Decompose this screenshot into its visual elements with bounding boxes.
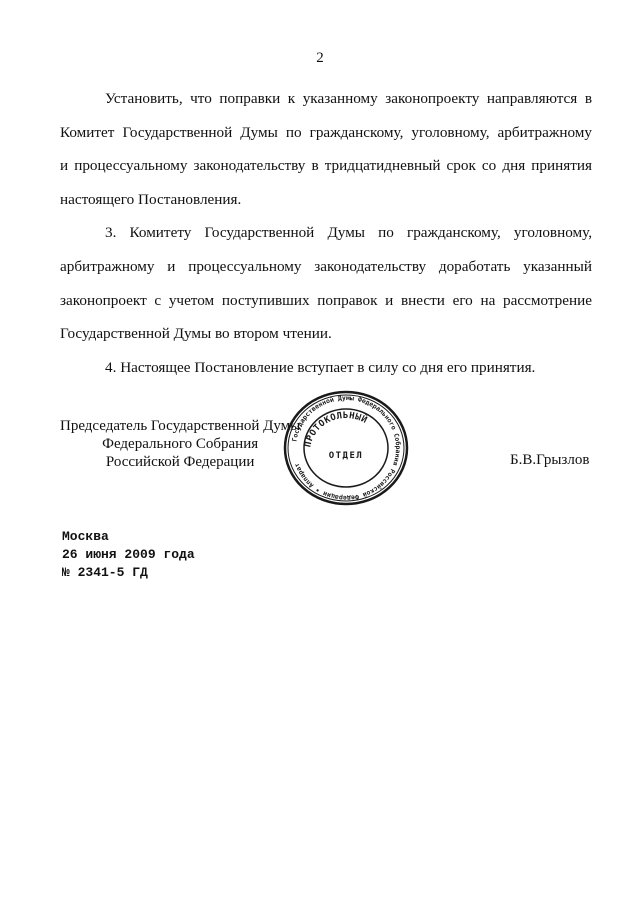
text-line: и процессуальному законодательству в три… [60,149,592,183]
document-footer: Москва 26 июня 2009 года № 2341-5 ГД [62,528,195,582]
signer-name: Б.В.Грызлов [510,452,589,469]
paragraph-amendments: Установить, что поправки к указанному за… [60,82,592,216]
stamp-seal-icon: Государственной Думы Федерального Собран… [282,390,410,506]
paragraph-item-4: 4. Настоящее Постановление вступает в си… [60,351,592,385]
text-line: арбитражному и процессуальному законодат… [60,250,592,284]
official-stamp: Государственной Думы Федерального Собран… [282,390,410,506]
signature-title: Председатель Государственной Думы Федера… [60,417,300,471]
stamp-outer-text: Государственной Думы Федерального Собран… [290,394,402,502]
text-line: 4. Настоящее Постановление вступает в си… [60,351,592,385]
text-line: Государственной Думы во втором чтении. [60,317,592,351]
stamp-inner-arc-text: ПРОТОКОЛЬНЫЙ [303,411,369,448]
document-body: Установить, что поправки к указанному за… [60,82,592,384]
footer-document-number: № 2341-5 ГД [62,564,195,582]
page-number: 2 [0,50,640,67]
text-line: Установить, что поправки к указанному за… [60,82,592,116]
text-line: 3. Комитету Государственной Думы по граж… [60,216,592,250]
text-line: законопроект с учетом поступивших поправ… [60,284,592,318]
signature-title-line-2: Федерального Собрания [60,435,300,453]
signature-title-line-3: Российской Федерации [60,453,300,471]
footer-city: Москва [62,528,195,546]
paragraph-item-3: 3. Комитету Государственной Думы по граж… [60,216,592,350]
text-line: Комитет Государственной Думы по гражданс… [60,116,592,150]
signature-title-line-1: Председатель Государственной Думы [60,417,300,435]
stamp-center-text: ОТДЕЛ [329,451,364,461]
footer-date: 26 июня 2009 года [62,546,195,564]
text-line: настоящего Постановления. [60,183,592,217]
